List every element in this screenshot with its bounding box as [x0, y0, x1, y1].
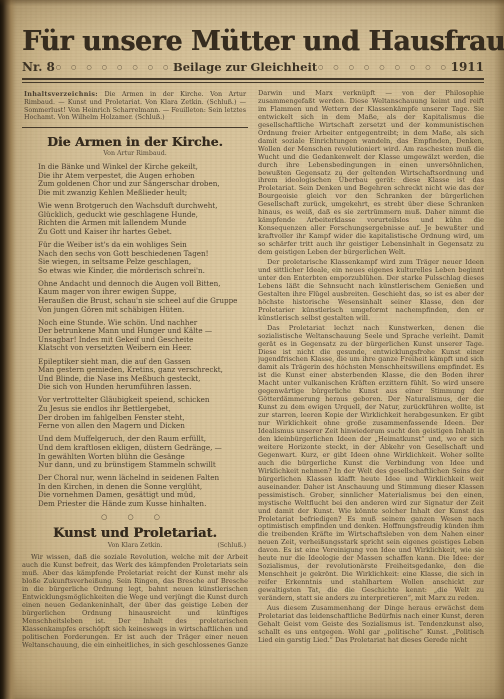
poem-byline: Von Artur Rimbaud.	[22, 150, 248, 157]
article-paragraph: Darwin und Marx verknüpft — von der Phil…	[258, 90, 484, 257]
masthead-subrow: Nr. 8 ○ ○ ○ ○ ○ ○ ○ ○ Beilage zur Gleich…	[22, 60, 484, 74]
poem-stanza: Epileptiker sieht man, die auf den Gasse…	[38, 358, 248, 392]
contents-divider-rule	[22, 127, 248, 128]
page-edge-shadow-right	[494, 0, 504, 699]
masthead-divider-rule	[22, 78, 484, 83]
poem-title: Die Armen in der Kirche.	[22, 134, 248, 149]
poem-stanza: Für die Weiber ist's da ein wohliges Sei…	[38, 241, 248, 275]
poem-stanza: Und dem Muffelgeruch, der den Raum erfül…	[38, 435, 248, 469]
article-paragraph: Wir wissen, daß die soziale Revolution, …	[22, 554, 248, 650]
ornament-circles-right: ○ ○ ○ ○ ○ ○ ○ ○ ○	[318, 64, 450, 71]
magazine-page: Für unsere Mütter und Hausfrauen Nr. 8 ○…	[0, 0, 504, 699]
issue-year: 1911	[451, 60, 484, 74]
right-column: Darwin und Marx verknüpft — von der Phil…	[258, 90, 484, 650]
contents-label: Inhaltsverzeichnis:	[24, 90, 98, 98]
poem-stanza: Vor vertrottelter Gläubigkeit speiend, s…	[38, 396, 248, 430]
poem-stanza: Wie wenn Brotgeruch den Wachsduft durchw…	[38, 202, 248, 236]
table-of-contents: Inhaltsverzeichnis: Die Armen in der Kir…	[22, 90, 248, 125]
column-layout: Inhaltsverzeichnis: Die Armen in der Kir…	[22, 90, 484, 650]
book-spine-shadow	[0, 0, 16, 699]
article-paragraph: Aus diesem Zusammenhang der Dinge heraus…	[258, 605, 484, 645]
poem-body: In die Bänke und Winkel der Kirche gekei…	[22, 163, 248, 508]
article-byline: Von Klara Zetkin.	[108, 542, 163, 549]
masthead-title: Für unsere Mütter und Hausfrauen	[22, 26, 484, 57]
page-edge-shadow-top	[0, 0, 504, 6]
article-paragraph: Der proletarische Klassenkampf wird zum …	[258, 259, 484, 323]
page-content: Für unsere Mütter und Hausfrauen Nr. 8 ○…	[22, 20, 484, 650]
section-separator-circles: ○ ○ ○	[22, 513, 248, 521]
issue-number: Nr. 8	[22, 60, 55, 74]
ornament-circles-left: ○ ○ ○ ○ ○ ○ ○ ○	[56, 64, 173, 71]
article-byline-row: Von Klara Zetkin. (Schluß.)	[22, 542, 248, 550]
article-title: Kunst und Proletariat.	[22, 526, 248, 541]
poem-stanza: Noch eine Stunde. Wie schön. Und nachher…	[38, 319, 248, 353]
poem-stanza: Der Choral nur, wenn lächelnd in seidene…	[38, 474, 248, 508]
masthead-subtitle: Beilage zur Gleichheit	[173, 60, 317, 74]
poem-stanza: Ohne Andacht und dennoch die Augen voll …	[38, 280, 248, 314]
poem-stanza: In die Bänke und Winkel der Kirche gekei…	[38, 163, 248, 197]
article-paragraph: Das Proletariat lechzt nach Kunstwerken,…	[258, 325, 484, 603]
left-column: Inhaltsverzeichnis: Die Armen in der Kir…	[22, 90, 248, 650]
article-continuation-note: (Schluß.)	[217, 542, 246, 549]
